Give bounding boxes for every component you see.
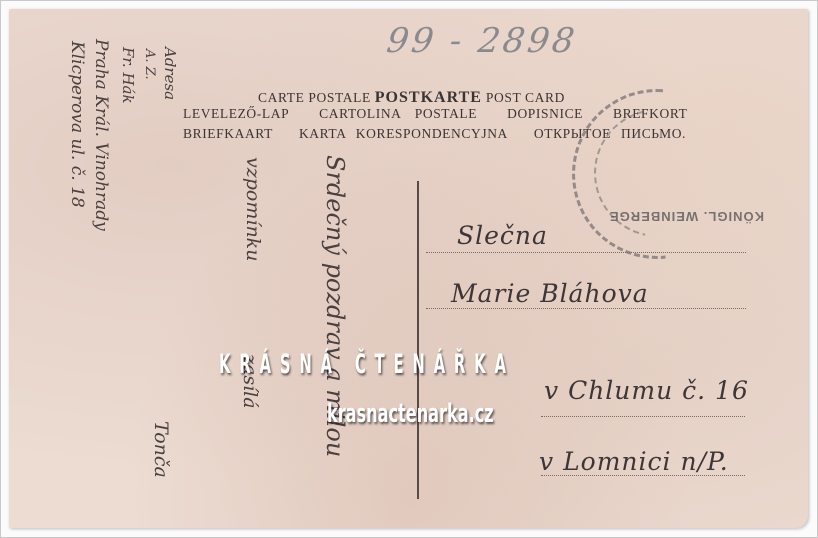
- header-carte-postale: CARTE POSTALE: [258, 90, 371, 105]
- header-briefkaart: BRIEFKAART: [183, 126, 273, 141]
- header-karta-korespondencyjna: KARTA KORESPONDENCYJNA: [299, 126, 508, 141]
- message-signature: Tonča: [150, 421, 172, 478]
- address-dotted-line-4: [541, 475, 745, 476]
- address-line-1: Slečna: [457, 221, 548, 250]
- sender-line-3: Praha Král. Vinohrady: [91, 39, 111, 231]
- header-dopisnice: DOPISNICE: [507, 106, 583, 121]
- header-postkarte: POSTKARTE: [375, 89, 482, 106]
- header-post-card: POST CARD: [486, 90, 565, 105]
- postcard-back: 99 - 2898 CARTE POSTALE POSTKARTE POST C…: [9, 9, 808, 528]
- postmark-text: KÖNIGL. WEINBERGE: [609, 209, 764, 224]
- header-cartolina-postale: CARTOLINA POSTALE: [319, 106, 477, 121]
- sender-line-4: Klicperova ul. č. 18: [67, 41, 87, 208]
- watermark-url: krasnactenarka.cz: [327, 399, 494, 429]
- address-dotted-line-1: [426, 252, 746, 253]
- address-dotted-line-2: [426, 308, 746, 309]
- sender-line-2: Fr. Hák: [119, 47, 137, 104]
- address-line-4: v Lomnici n/P.: [539, 447, 729, 476]
- sender-label: Adresa: [161, 47, 179, 100]
- vertical-divider: [417, 181, 419, 499]
- watermark-title: KRÁSNÁ ČTENÁŘKA: [219, 349, 615, 380]
- sender-line-1: A. Z.: [142, 49, 157, 80]
- address-dotted-line-3: [541, 416, 745, 417]
- address-line-3: v Chlumu č. 16: [544, 376, 749, 405]
- message-line-2: vzpomínku: [242, 157, 264, 261]
- pencil-catalog-note: 99 - 2898: [384, 21, 580, 61]
- header-levelezo-lap: LEVELEZŐ-LAP: [183, 106, 289, 121]
- address-line-2: Marie Bláhova: [451, 279, 649, 308]
- header-line-1: CARTE POSTALE POSTKARTE POST CARD: [258, 89, 565, 107]
